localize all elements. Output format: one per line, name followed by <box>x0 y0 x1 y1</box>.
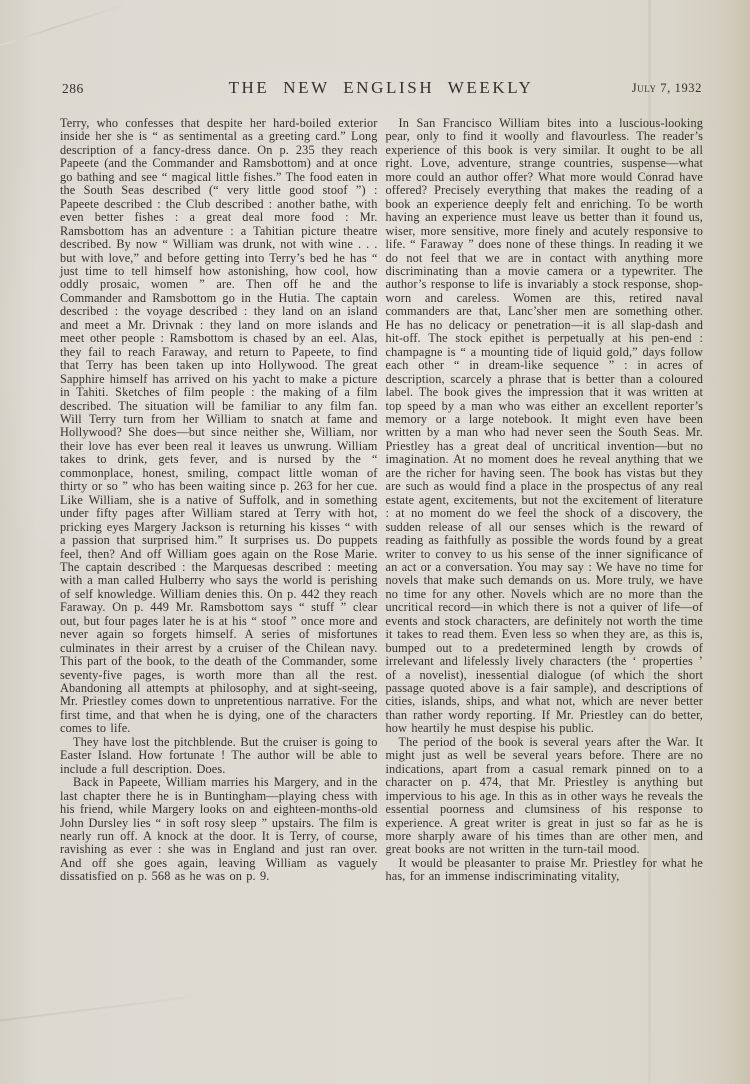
left-column: Terry, who confesses that despite her ha… <box>60 117 378 884</box>
paper-crease <box>0 3 126 54</box>
page-header: 286 THE NEW ENGLISH WEEKLY July 7, 1932 <box>60 78 702 100</box>
paragraph: Terry, who confesses that despite her ha… <box>60 117 378 736</box>
paragraph: The period of the book is several years … <box>386 736 704 857</box>
right-column: In San Francisco William bites into a lu… <box>386 117 704 884</box>
magazine-page: 286 THE NEW ENGLISH WEEKLY July 7, 1932 … <box>0 0 750 1084</box>
paragraph: It would be pleasanter to praise Mr. Pri… <box>386 857 704 884</box>
page-number: 286 <box>62 81 84 97</box>
paragraph: Back in Papeete, William marries his Mar… <box>60 776 378 884</box>
masthead-title: THE NEW ENGLISH WEEKLY <box>60 78 702 98</box>
issue-date: July 7, 1932 <box>632 81 702 96</box>
paragraph: They have lost the pitchblende. But the … <box>60 736 378 776</box>
article-body: Terry, who confesses that despite her ha… <box>60 117 703 884</box>
paper-crease <box>0 991 229 1022</box>
paragraph: In San Francisco William bites into a lu… <box>386 117 704 736</box>
